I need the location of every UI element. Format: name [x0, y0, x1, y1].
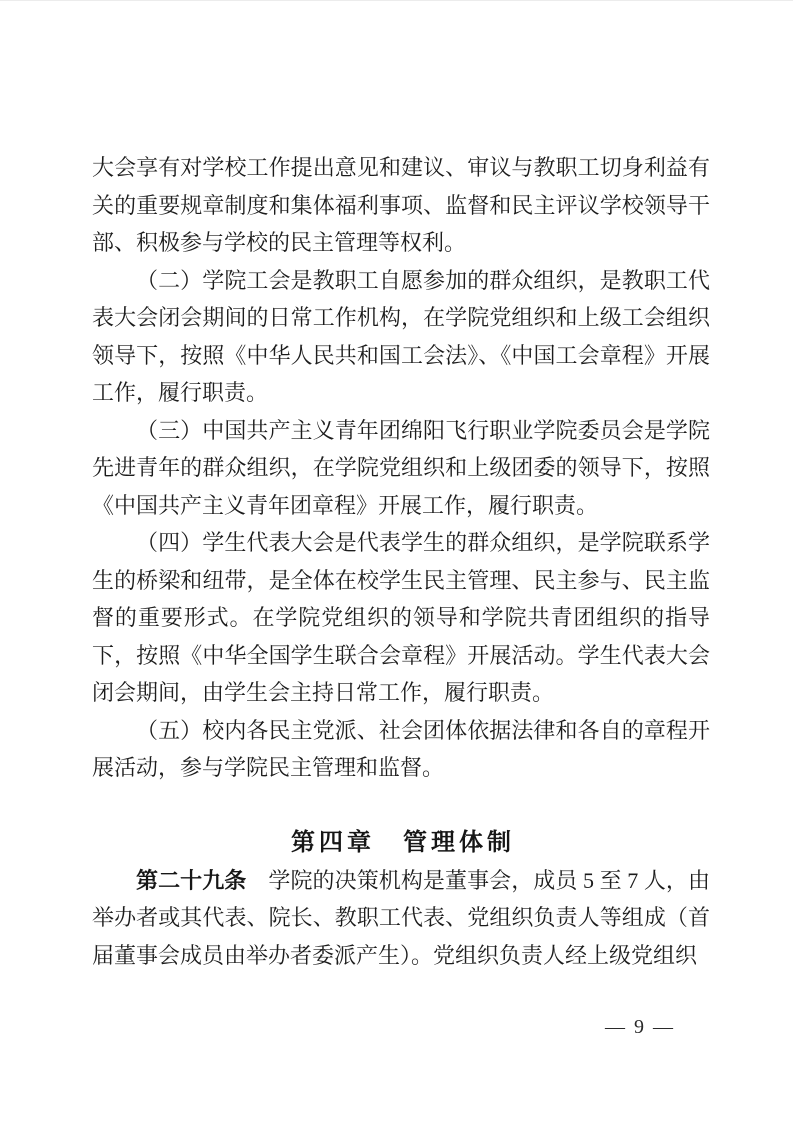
article-number: 第二十九条: [136, 868, 246, 893]
paragraph-item-4: （四）学生代表大会是代表学生的群众组织，是学院联系学生的桥梁和纽带，是全体在校学…: [92, 524, 710, 712]
paragraph-item-5: （五）校内各民主党派、社会团体依据法律和各自的章程开展活动，参与学院民主管理和监…: [92, 712, 710, 787]
paragraph-article-29: 第二十九条学院的决策机构是董事会，成员 5 至 7 人，由举办者或其代表、院长、…: [92, 862, 710, 975]
chapter-heading: 第四章 管理体制: [92, 824, 710, 862]
document-content: 大会享有对学校工作提出意见和建议、审议与教职工切身利益有关的重要规章制度和集体福…: [92, 149, 710, 974]
paragraph-item-3: （三）中国共产主义青年团绵阳飞行职业学院委员会是学院先进青年的群众组织，在学院党…: [92, 412, 710, 525]
paragraph-continuation: 大会享有对学校工作提出意见和建议、审议与教职工切身利益有关的重要规章制度和集体福…: [92, 149, 710, 262]
page-number: — 9 —: [605, 1013, 675, 1041]
paragraph-item-2: （二）学院工会是教职工自愿参加的群众组织，是教职工代表大会闭会期间的日常工作机构…: [92, 262, 710, 412]
document-page: 大会享有对学校工作提出意见和建议、审议与教职工切身利益有关的重要规章制度和集体福…: [0, 0, 793, 1122]
